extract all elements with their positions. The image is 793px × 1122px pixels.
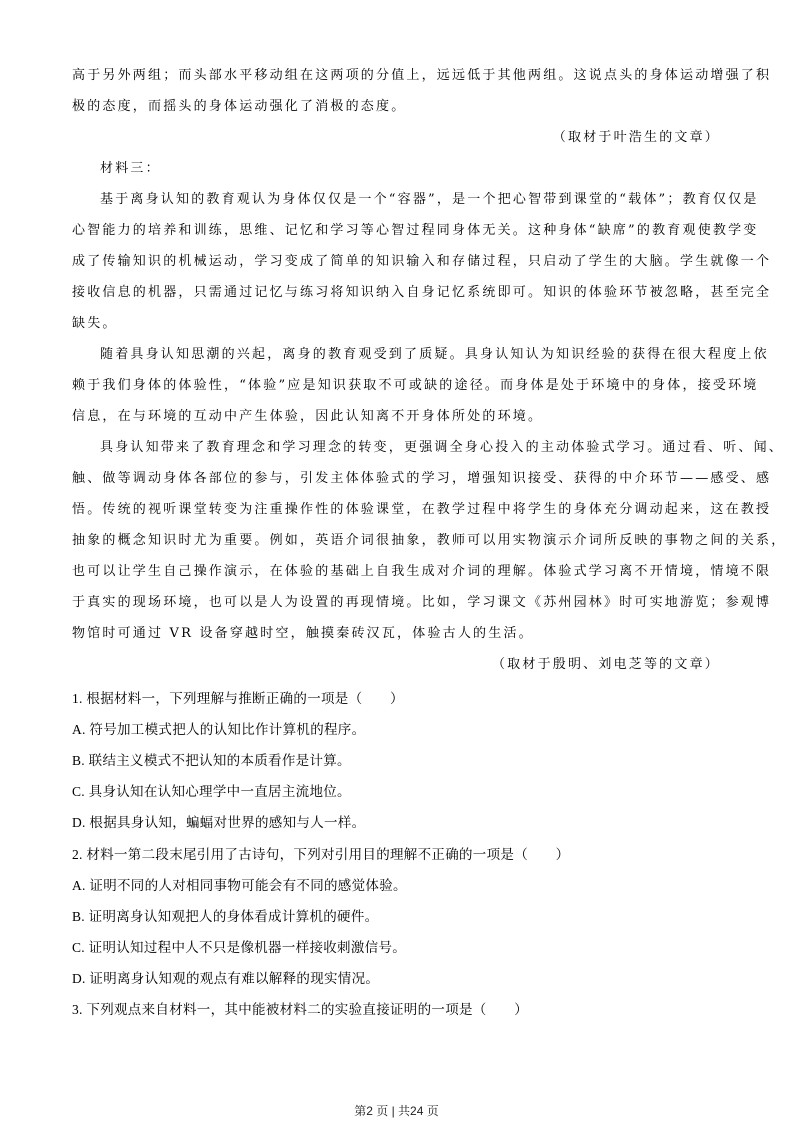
paragraph-line: 接收信息的机器，只需通过记忆与练习将知识纳入自身记忆系统即可。知识的体验环节被忽… <box>72 284 724 302</box>
question-option: B. 联结主义模式不把认知的本质看作是计算。 <box>72 752 351 770</box>
paragraph-line: 高于另外两组；而头部水平移动组在这两项的分值上，远远低于其他两组。这说点头的身体… <box>72 67 724 85</box>
paragraph-line: 于真实的现场环境，也可以是人为设置的再现情境。比如，学习课文《苏州园林》时可实地… <box>72 594 724 612</box>
paragraph-line: 缺失。 <box>72 315 724 333</box>
paragraph-line: 成了传输知识的机械运动，学习变成了简单的知识输入和存储过程，只启动了学生的大脑。… <box>72 253 724 271</box>
paragraph-line: 触、做等调动身体各部位的参与，引发主体体验式的学习，增强知识接受、获得的中介环节… <box>72 470 724 488</box>
question-option: D. 证明离身认知观的观点有难以解释的现实情况。 <box>72 970 379 988</box>
paragraph-line: 具身认知带来了教育理念和学习理念的转变，更强调全身心投入的主动体验式学习。通过看… <box>100 439 724 457</box>
paragraph-line: 悟。传统的视听课堂转变为注重操作性的体验课堂，在教学过程中将学生的身体充分调动起… <box>72 501 724 519</box>
paragraph-line: 物馆时可通过 VR 设备穿越时空，触摸秦砖汉瓦，体验古人的生活。 <box>72 625 724 643</box>
question-option: A. 符号加工模式把人的认知比作计算机的程序。 <box>72 721 365 739</box>
question-option: D. 根据具身认知，蝙蝠对世界的感知与人一样。 <box>72 814 365 832</box>
question-option: B. 证明离身认知观把人的身体看成计算机的硬件。 <box>72 908 378 926</box>
question-stem: 3. 下列观点来自材料一，其中能被材料二的实验直接证明的一项是（ ） <box>72 1001 528 1019</box>
paragraph-line: 赖于我们身体的体验性，“体验”应是知识获取不可或缺的途径。而身体是处于环境中的身… <box>72 377 724 395</box>
source-attribution: （取材于殷明、刘电芝等的文章） <box>72 656 720 674</box>
document-page: 高于另外两组；而头部水平移动组在这两项的分值上，远远低于其他两组。这说点头的身体… <box>0 0 793 1122</box>
question-stem: 2. 材料一第二段末尾引用了古诗句，下列对引用目的理解不正确的一项是（ ） <box>72 846 569 864</box>
section-heading: 材料三： <box>100 160 724 178</box>
paragraph-line: 信息，在与环境的互动中产生体验，因此认知离不开身体所处的环境。 <box>72 408 724 426</box>
paragraph-line: 心智能力的培养和训练，思维、记忆和学习等心智过程同身体无关。这种身体“缺席”的教… <box>72 222 724 240</box>
paragraph-line: 也可以让学生自己操作演示，在体验的基础上自我生成对介词的理解。体验式学习离不开情… <box>72 563 724 581</box>
question-option: A. 证明不同的人对相同事物可能会有不同的感觉体验。 <box>72 877 407 895</box>
question-option: C. 证明认知过程中人不只是像机器一样接收刺激信号。 <box>72 939 406 957</box>
paragraph-line: 极的态度，而摇头的身体运动强化了消极的态度。 <box>72 98 724 116</box>
paragraph-line: 基于离身认知的教育观认为身体仅仅是一个“容器”，是一个把心智带到课堂的“载体”；… <box>100 191 724 209</box>
question-stem: 1. 根据材料一，下列理解与推断正确的一项是（ ） <box>72 690 404 708</box>
question-option: C. 具身认知在认知心理学中一直居主流地位。 <box>72 783 351 801</box>
paragraph-line: 抽象的概念知识时尤为重要。例如，英语介词很抽象，教师可以用实物演示介词所反映的事… <box>72 532 724 550</box>
paragraph-line: 随着具身认知思潮的兴起，离身的教育观受到了质疑。具身认知认为知识经验的获得在很大… <box>100 346 724 364</box>
source-attribution: （取材于叶浩生的文章） <box>72 129 720 147</box>
page-number-footer: 第2 页 | 共24 页 <box>0 1102 793 1119</box>
